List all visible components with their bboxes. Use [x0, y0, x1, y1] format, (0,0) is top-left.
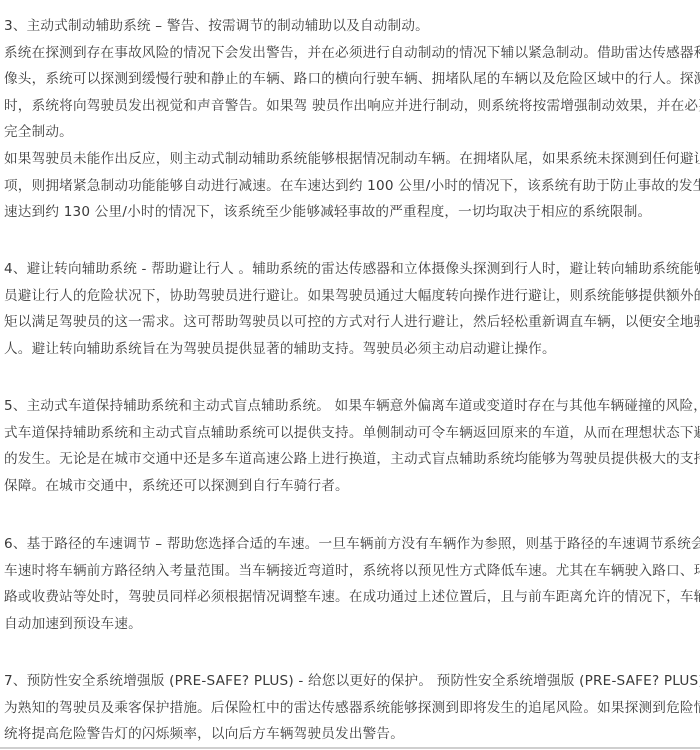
paragraph-line: 统将提高危险警告灯的闪烁频率，以向后方车辆驾驶员发出警告。 [4, 721, 700, 748]
paragraph-line: 项，则拥堵紧急制动功能能够自动进行减速。在车速达到约 100 公里/小时的情况下… [4, 173, 700, 200]
paragraph-line: 自动加速到预设车速。 [4, 611, 700, 638]
section-pre-safe-plus: 7、预防性安全系统增强版 (PRE-SAFE? PLUS) - 给您以更好的保护… [4, 668, 700, 748]
section-heading: 4、避让转向辅助系统 - 帮助避让行人 。辅助系统的雷达传感器和立体摄像头探测到… [4, 256, 700, 283]
section-heading: 6、基于路径的车速调节 – 帮助您选择合适的车速。一旦车辆前方没有车辆作为参照，… [4, 531, 700, 558]
paragraph-line: 的发生。无论是在城市交通中还是多车道高速公路上进行换道，主动式盲点辅助系统均能够… [4, 446, 700, 473]
section-route-based-speed-adaptation: 6、基于路径的车速调节 – 帮助您选择合适的车速。一旦车辆前方没有车辆作为参照，… [4, 531, 700, 637]
bottom-divider [0, 747, 700, 749]
paragraph-line: 完全制动。 [4, 119, 700, 146]
paragraph-line: 路或收费站等处时，驾驶员同样必须根据情况调整车速。在成功通过上述位置后，且与前车… [4, 584, 700, 611]
paragraph-line: 保障。在城市交通中，系统还可以探测到自行车骑行者。 [4, 473, 700, 500]
section-active-brake-assist: 3、主动式制动辅助系统 – 警告、按需调节的制动辅助以及自动制动。 系统在探测到… [4, 13, 700, 226]
paragraph-line: 矩以满足驾驶员的这一需求。这可帮助驾驶员以可控的方式对行人进行避让，然后轻松重新… [4, 309, 700, 336]
section-heading: 3、主动式制动辅助系统 – 警告、按需调节的制动辅助以及自动制动。 [4, 13, 700, 40]
paragraph-line: 式车道保持辅助系统和主动式盲点辅助系统可以提供支持。单侧制动可令车辆返回原来的车… [4, 420, 700, 447]
section-evasive-steering-assist: 4、避让转向辅助系统 - 帮助避让行人 。辅助系统的雷达传感器和立体摄像头探测到… [4, 256, 700, 362]
paragraph-line: 为熟知的驾驶员及乘客保护措施。后保险杠中的雷达传感器系统能够探测到即将发生的追尾… [4, 695, 700, 722]
paragraph-line: 像头，系统可以探测到缓慢行驶和静止的车辆、路口的横向行驶车辆、拥堵队尾的车辆以及… [4, 66, 700, 93]
section-heading: 5、主动式车道保持辅助系统和主动式盲点辅助系统。 如果车辆意外偏离车道或变道时存… [4, 393, 700, 420]
section-lane-keeping-blind-spot-assist: 5、主动式车道保持辅助系统和主动式盲点辅助系统。 如果车辆意外偏离车道或变道时存… [4, 393, 700, 499]
paragraph-line: 车速时将车辆前方路径纳入考量范围。当车辆接近弯道时，系统将以预见性方式降低车速。… [4, 558, 700, 585]
paragraph-line: 系统在探测到存在事故风险的情况下会发出警告，并在必须进行自动制动的情况下辅以紧急… [4, 40, 700, 67]
paragraph-line: 员避让行人的危险状况下，协助驾驶员进行避让。如果驾驶员通过大幅度转向操作进行避让… [4, 283, 700, 310]
section-heading: 7、预防性安全系统增强版 (PRE-SAFE? PLUS) - 给您以更好的保护… [4, 668, 700, 695]
paragraph-line: 人。避让转向辅助系统旨在为驾驶员提供显著的辅助支持。驾驶员必须主动启动避让操作。 [4, 336, 700, 363]
paragraph-line: 时，系统将向驾驶员发出视觉和声音警告。如果驾 驶员作出响应并进行制动，则系统将按… [4, 93, 700, 120]
paragraph-line: 如果驾驶员未能作出反应，则主动式制动辅助系统能够根据情况制动车辆。在拥堵队尾，如… [4, 146, 700, 173]
paragraph-line: 速达到约 130 公里/小时的情况下，该系统至少能够减轻事故的严重程度，一切均取… [4, 199, 700, 226]
